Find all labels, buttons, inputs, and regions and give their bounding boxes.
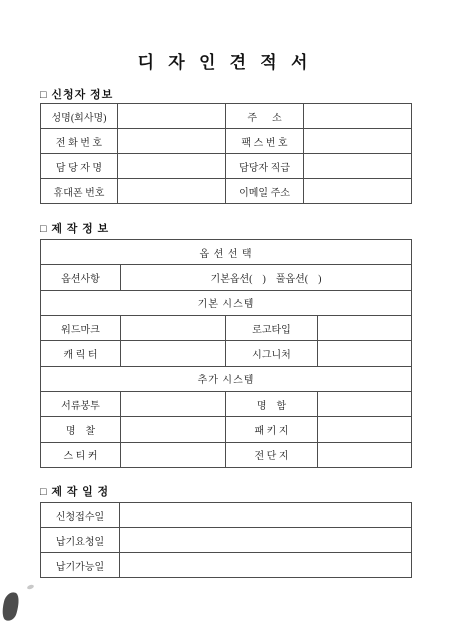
table-row: 휴대폰 번호 이메일 주소 [41,179,412,204]
name-label: 성명(회사명) [41,104,118,129]
table-row: 워드마크 로고타입 [41,315,412,340]
scan-speck-artifact [27,584,35,590]
business-card-label: 명 함 [226,391,318,416]
schedule-table: 신청접수일 납기요청일 납기가능일 [40,502,412,578]
table-row: 서류봉투 명 함 [41,391,412,416]
requested-delivery-input-cell[interactable] [120,528,412,553]
requested-delivery-label: 납기요청일 [41,528,120,553]
applicant-info-table: 성명(회사명) 주 소 전 화 번 호 팩 스 번 호 담 당 자 명 담당자 … [40,103,412,204]
name-tag-input-cell[interactable] [121,417,226,442]
ink-blot-artifact [0,591,21,623]
wordmark-label: 워드마크 [41,315,121,340]
table-row: 담 당 자 명 담당자 직급 [41,154,412,179]
logotype-label: 로고타입 [226,315,318,340]
application-date-label: 신청접수일 [41,503,120,528]
sticker-label: 스 티 커 [41,442,121,467]
sticker-input-cell[interactable] [121,442,226,467]
manager-title-input-cell[interactable] [304,154,412,179]
package-label: 패 키 지 [226,417,318,442]
page-title: 디 자 인 견 적 서 [0,48,450,73]
application-date-input-cell[interactable] [120,503,412,528]
table-row: 명 찰 패 키 지 [41,417,412,442]
phone-input-cell[interactable] [118,129,226,154]
flyer-input-cell[interactable] [318,442,412,467]
manager-title-label: 담당자 직급 [226,154,304,179]
fax-label: 팩 스 번 호 [226,129,304,154]
table-row: 성명(회사명) 주 소 [41,104,412,129]
name-input-cell[interactable] [118,104,226,129]
table-row: 스 티 커 전 단 지 [41,442,412,467]
applicant-section-heading: □ 신청자 정보 [40,86,113,102]
address-input-cell[interactable] [304,104,412,129]
schedule-section-heading: □ 제 작 일 정 [40,483,109,499]
signature-input-cell[interactable] [318,341,412,366]
table-row: 옵 션 선 택 [41,240,412,265]
package-input-cell[interactable] [318,417,412,442]
wordmark-input-cell[interactable] [121,315,226,340]
table-row: 옵션사항 기본옵션( ) 풀옵션( ) [41,265,412,290]
table-row: 납기가능일 [41,553,412,578]
table-row: 납기요청일 [41,528,412,553]
mobile-input-cell[interactable] [118,179,226,204]
name-tag-label: 명 찰 [41,417,121,442]
available-delivery-input-cell[interactable] [120,553,412,578]
additional-system-header: 추가 시스템 [41,366,412,391]
mobile-label: 휴대폰 번호 [41,179,118,204]
email-input-cell[interactable] [304,179,412,204]
manager-name-label: 담 당 자 명 [41,154,118,179]
basic-system-header: 기본 시스템 [41,290,412,315]
character-input-cell[interactable] [121,341,226,366]
signature-label: 시그니처 [226,341,318,366]
logotype-input-cell[interactable] [318,315,412,340]
table-row: 신청접수일 [41,503,412,528]
email-label: 이메일 주소 [226,179,304,204]
phone-label: 전 화 번 호 [41,129,118,154]
fax-input-cell[interactable] [304,129,412,154]
available-delivery-label: 납기가능일 [41,553,120,578]
option-selection-cell[interactable]: 기본옵션( ) 풀옵션( ) [121,265,412,290]
table-row: 전 화 번 호 팩 스 번 호 [41,129,412,154]
address-label: 주 소 [226,104,304,129]
flyer-label: 전 단 지 [226,442,318,467]
envelope-input-cell[interactable] [121,391,226,416]
manager-name-input-cell[interactable] [118,154,226,179]
table-row: 추가 시스템 [41,366,412,391]
option-select-header: 옵 션 선 택 [41,240,412,265]
business-card-input-cell[interactable] [318,391,412,416]
table-row: 기본 시스템 [41,290,412,315]
production-section-heading: □ 제 작 정 보 [40,220,109,236]
option-item-label: 옵션사항 [41,265,121,290]
production-info-table: 옵 션 선 택 옵션사항 기본옵션( ) 풀옵션( ) 기본 시스템 워드마크 … [40,239,412,468]
quotation-form-page: 디 자 인 견 적 서 □ 신청자 정보 성명(회사명) 주 소 전 화 번 호… [0,0,450,636]
table-row: 캐 릭 터 시그니처 [41,341,412,366]
envelope-label: 서류봉투 [41,391,121,416]
character-label: 캐 릭 터 [41,341,121,366]
